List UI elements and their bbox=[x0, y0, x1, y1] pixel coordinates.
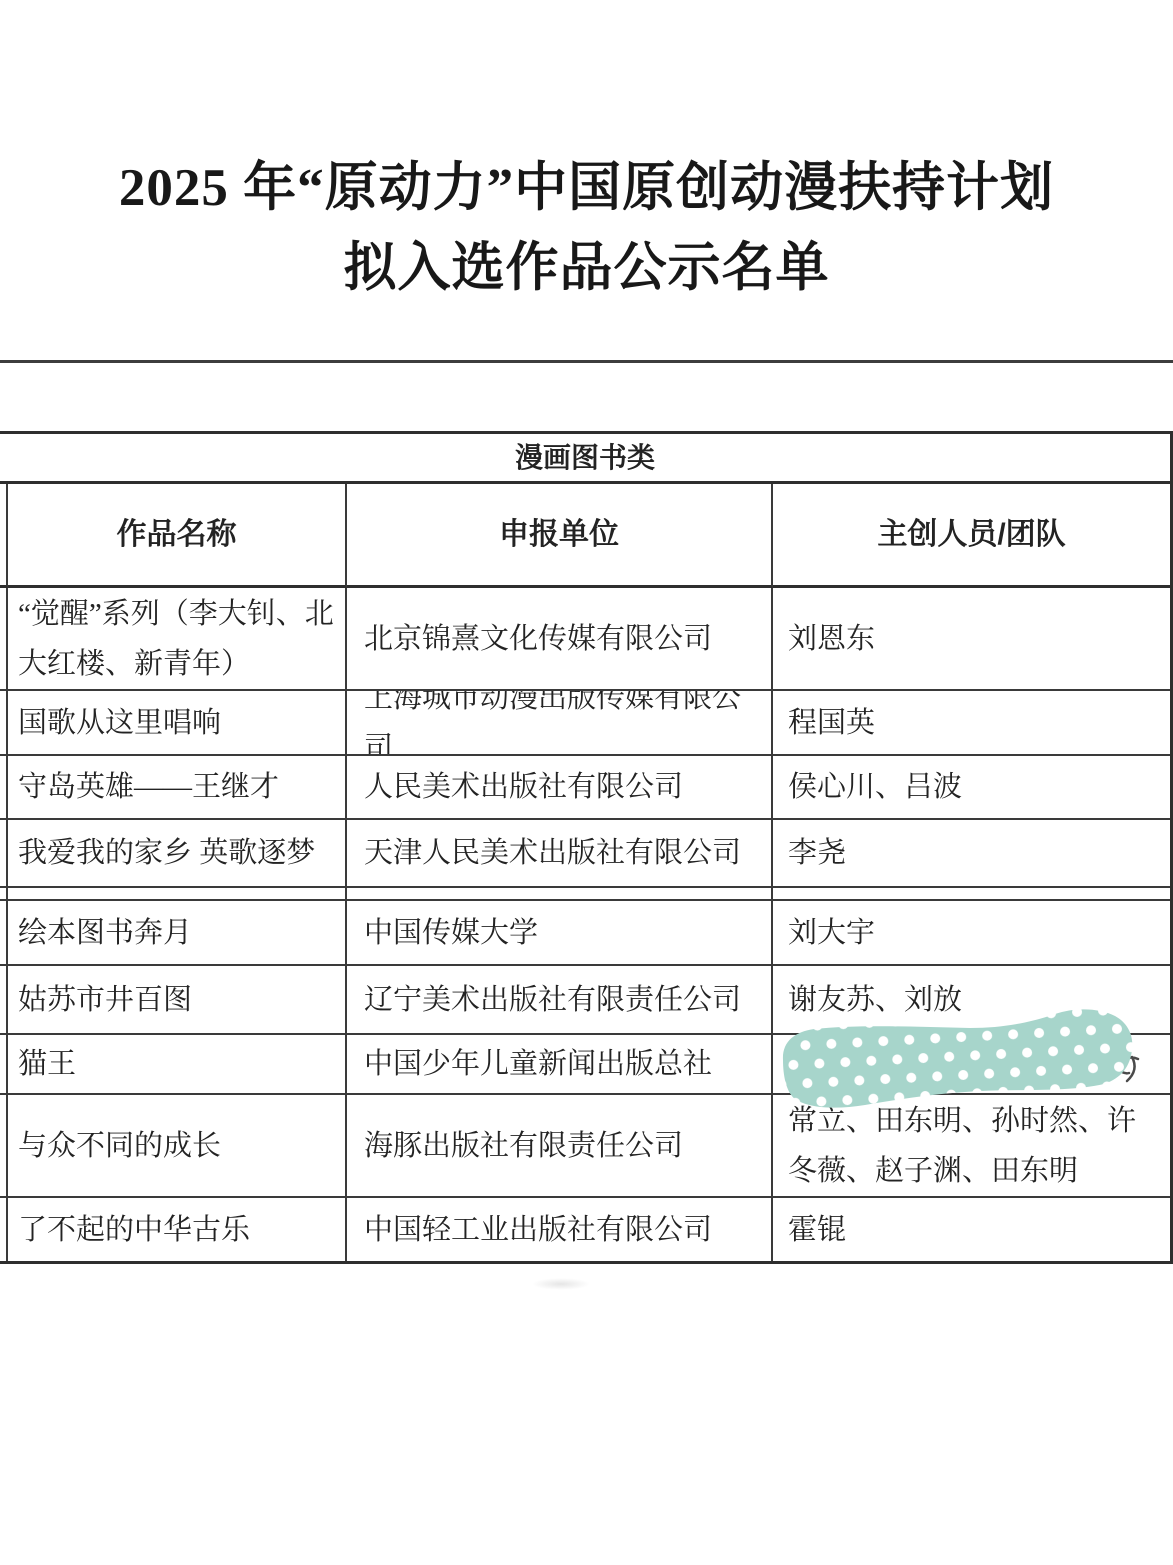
horizontal-rule bbox=[0, 360, 1173, 363]
table-row-cutoff-cell bbox=[0, 588, 8, 691]
creators-cell: 李尧 bbox=[773, 820, 1170, 888]
work-title-cell: 姑苏市井百图 bbox=[8, 966, 347, 1035]
cutoff-column-header bbox=[0, 484, 8, 588]
table-row-cutoff-cell bbox=[0, 1035, 8, 1095]
work-title-cell bbox=[8, 888, 347, 901]
org-cell: 天津人民美术出版社有限公司 bbox=[347, 820, 773, 888]
org-cell: 北京锦熹文化传媒有限公司 bbox=[347, 588, 773, 691]
creators-cell: 刘恩东 bbox=[773, 588, 1170, 691]
work-title-cell: 与众不同的成长 bbox=[8, 1095, 347, 1198]
org-cell: 中国传媒大学 bbox=[347, 901, 773, 966]
work-title-cell: 绘本图书奔月 bbox=[8, 901, 347, 966]
creators-cell: 程国英 bbox=[773, 691, 1170, 756]
column-header-org: 申报单位 bbox=[347, 484, 773, 588]
table-row-cutoff-cell bbox=[0, 966, 8, 1035]
creators-cell-redacted bbox=[773, 1035, 1170, 1095]
org-cell: 辽宁美术出版社有限责任公司 bbox=[347, 966, 773, 1035]
work-title-cell: 了不起的中华古乐 bbox=[8, 1198, 347, 1261]
document-title: 2025 年“原动力”中国原创动漫扶持计划 拟入选作品公示名单 bbox=[0, 0, 1173, 308]
creators-cell: 侯心川、吕波 bbox=[773, 756, 1170, 820]
table-row-cutoff-cell bbox=[0, 691, 8, 756]
table-row-cutoff-cell bbox=[0, 756, 8, 820]
creators-cell: 常立、田东明、孙时然、许冬薇、赵子渊、田东明 bbox=[773, 1095, 1170, 1198]
column-header-work: 作品名称 bbox=[8, 484, 347, 588]
document-page: 2025 年“原动力”中国原创动漫扶持计划 拟入选作品公示名单 漫画图书类 作品… bbox=[0, 0, 1173, 1565]
creators-cell: 刘大宇 bbox=[773, 901, 1170, 966]
org-cell: 中国少年儿童新闻出版总社 bbox=[347, 1035, 773, 1095]
creators-cell: 霍锟 bbox=[773, 1198, 1170, 1261]
announcement-table: 漫画图书类 作品名称 申报单位 主创人员/团队 “觉醒”系列（李大钊、北大红楼、… bbox=[0, 431, 1173, 1264]
org-cell: 中国轻工业出版社有限公司 bbox=[347, 1198, 773, 1261]
org-cell: 上海城市动漫出版传媒有限公司 bbox=[347, 691, 773, 756]
table-row-cutoff-cell bbox=[0, 1095, 8, 1198]
table-row-cutoff-cell bbox=[0, 820, 8, 888]
smudge-artifact bbox=[532, 1278, 590, 1290]
org-cell bbox=[347, 888, 773, 901]
table-section-header: 漫画图书类 bbox=[0, 434, 1170, 484]
work-title-cell: 猫王 bbox=[8, 1035, 347, 1095]
column-header-creators: 主创人员/团队 bbox=[773, 484, 1170, 588]
work-title-cell: 我爱我的家乡 英歌逐梦 bbox=[8, 820, 347, 888]
creators-cell: 谢友苏、刘放 bbox=[773, 966, 1170, 1035]
work-title-cell: 守岛英雄——王继才 bbox=[8, 756, 347, 820]
work-title-cell: “觉醒”系列（李大钊、北大红楼、新青年） bbox=[8, 588, 347, 691]
title-line-2: 拟入选作品公示名单 bbox=[0, 228, 1173, 308]
org-cell: 海豚出版社有限责任公司 bbox=[347, 1095, 773, 1198]
creators-cell bbox=[773, 888, 1170, 901]
table-row-cutoff-cell bbox=[0, 888, 8, 901]
org-cell: 人民美术出版社有限公司 bbox=[347, 756, 773, 820]
table-row-cutoff-cell bbox=[0, 1198, 8, 1261]
table-row-cutoff-cell bbox=[0, 901, 8, 966]
title-line-1: 2025 年“原动力”中国原创动漫扶持计划 bbox=[0, 148, 1173, 228]
work-title-cell: 国歌从这里唱响 bbox=[8, 691, 347, 756]
